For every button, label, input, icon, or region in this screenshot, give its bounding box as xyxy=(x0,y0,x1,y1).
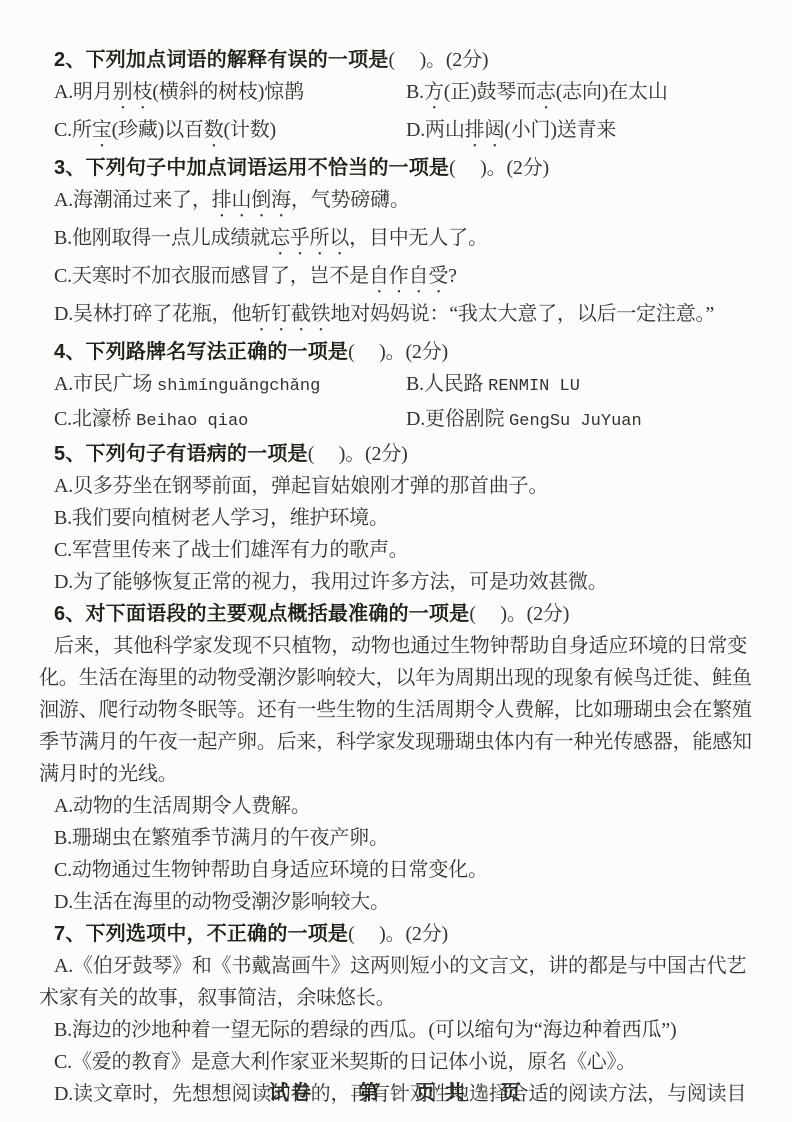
question-4: 4、下列路牌名写法正确的一项是( )。(2分) A.市民广场 shìmínguǎ… xyxy=(39,336,757,438)
text-segment: 斩钉截铁 xyxy=(251,303,330,325)
question-7-option-b: B.海边的沙地种着一望无际的碧绿的西瓜。(可以缩句为“海边种着西瓜”) xyxy=(39,1014,757,1046)
text-segment: ( )。(2分) xyxy=(469,603,569,625)
text-segment: 自作自受 xyxy=(369,265,448,287)
question-3-stem: 3、下列句子中加点词语运用不恰当的一项是( )。(2分) xyxy=(39,152,757,184)
text-segment: B.我们要向植树老人学习，维护环境。 xyxy=(54,507,389,529)
question-3: 3、下列句子中加点词语运用不恰当的一项是( )。(2分) A.海潮涌过来了，排山… xyxy=(39,152,757,336)
text-segment: A.海潮涌过来了， xyxy=(54,189,212,211)
question-5-stem: 5、下列句子有语病的一项是( )。(2分) xyxy=(39,438,757,470)
text-segment: Beihao qiao xyxy=(136,412,248,431)
exam-paper-page: 2、下列加点词语的解释有误的一项是( )。(2分) A.明月别枝(横斜的树枝)惊… xyxy=(0,0,792,1122)
text-segment: ( )。(2分) xyxy=(348,923,448,945)
text-segment: D.两山 xyxy=(406,119,465,141)
question-7-option-c: C.《爱的教育》是意大利作家亚米契斯的日记体小说，原名《心》。 xyxy=(39,1046,757,1078)
text-segment: 排闼 xyxy=(465,119,505,141)
text-segment: 第 xyxy=(359,1082,389,1104)
question-2-option-a: A.明月别枝(横斜的树枝)惊鹊 xyxy=(39,76,391,114)
question-6-option-b: B.珊瑚虫在繁殖季节满月的午夜产卵。 xyxy=(39,822,757,854)
text-segment: D.为了能够恢复正常的视力，我用过许多方法，可是功效甚微。 xyxy=(54,571,608,593)
footer-doc-label: 试卷 xyxy=(269,1082,313,1104)
question-2: 2、下列加点词语的解释有误的一项是( )。(2分) A.明月别枝(横斜的树枝)惊… xyxy=(39,44,757,152)
question-5-option-c: C.军营里传来了战士们雄浑有力的歌声。 xyxy=(39,534,757,566)
text-segment: 忘乎所以 xyxy=(270,227,349,249)
question-2-option-c: C.所宝(珍藏)以百数(计数) xyxy=(39,114,391,152)
text-segment: 数 xyxy=(204,119,224,141)
question-7-option-a: A.《伯牙鼓琴》和《书戴嵩画牛》这两则短小的文言文，讲的都是与中国古代艺术家有关… xyxy=(39,950,757,1014)
text-segment: C.动物通过生物钟帮助自身适应环境的日常变化。 xyxy=(54,859,488,881)
text-segment: 2 xyxy=(389,1082,408,1104)
question-6-option-a: A.动物的生活周期令人费解。 xyxy=(39,790,757,822)
text-segment: (正)鼓琴而 xyxy=(444,81,536,103)
text-segment: C.军营里传来了战士们雄浑有力的歌声。 xyxy=(54,539,409,561)
text-segment: 2、下列加点词语的解释有误的一项是 xyxy=(54,49,389,71)
text-segment: A.贝多芬坐在钢琴前面，弹起盲姑娘刚才弹的那首曲子。 xyxy=(54,475,548,497)
exam-content: 2、下列加点词语的解释有误的一项是( )。(2分) A.明月别枝(横斜的树枝)惊… xyxy=(39,44,757,1110)
text-segment: 方 xyxy=(424,81,444,103)
text-segment: shìmínguǎngchǎng xyxy=(157,377,320,396)
question-6-option-d: D.生活在海里的动物受潮汐影响较大。 xyxy=(39,886,757,918)
page-footer: 试卷第 2 页 共 8 页 xyxy=(0,1076,792,1105)
text-segment: 排山倒海 xyxy=(212,189,291,211)
question-2-option-d: D.两山排闼(小门)送青来 xyxy=(391,114,757,152)
question-3-option-a: A.海潮涌过来了，排山倒海，气势磅礴。 xyxy=(39,184,757,222)
footer-page-indicator: 第 2 页 共 8 页 xyxy=(359,1082,523,1104)
question-5-option-b: B.我们要向植树老人学习，维护环境。 xyxy=(39,502,757,534)
text-segment: 页 共 xyxy=(408,1082,475,1104)
text-segment: D.生活在海里的动物受潮汐影响较大。 xyxy=(54,891,390,913)
question-4-option-c: C.北濠桥 Beihao qiao xyxy=(39,403,391,438)
text-segment: 地对妈妈说：“我太大意了，以后一定注意。” xyxy=(330,303,714,325)
question-7-stem: 7、下列选项中，不正确的一项是( )。(2分) xyxy=(39,918,757,950)
text-segment: ( )。(2分) xyxy=(348,341,448,363)
text-segment: RENMIN LU xyxy=(488,377,580,396)
text-segment: A.动物的生活周期令人费解。 xyxy=(54,795,311,817)
text-segment: ( )。(2分) xyxy=(308,443,408,465)
question-5-option-a: A.贝多芬坐在钢琴前面，弹起盲姑娘刚才弹的那首曲子。 xyxy=(39,470,757,502)
text-segment: (计数) xyxy=(224,119,277,141)
text-segment: 6、对下面语段的主要观点概括最准确的一项是 xyxy=(54,603,469,625)
text-segment: 4、下列路牌名写法正确的一项是 xyxy=(54,341,348,363)
text-segment: B. xyxy=(406,81,424,103)
text-segment: ? xyxy=(448,265,457,287)
text-segment: B.珊瑚虫在繁殖季节满月的午夜产卵。 xyxy=(54,827,389,849)
text-segment: ，气势磅礴。 xyxy=(291,189,410,211)
question-3-option-d: D.吴林打碎了花瓶，他斩钉截铁地对妈妈说：“我太大意了，以后一定注意。” xyxy=(39,298,757,336)
text-segment: 3、下列句子中加点词语运用不恰当的一项是 xyxy=(54,157,449,179)
question-2-option-b: B.方(正)鼓琴而志(志向)在太山 xyxy=(391,76,757,114)
text-segment: ，目中无人了。 xyxy=(349,227,488,249)
question-4-options-row-ab: A.市民广场 shìmínguǎngchǎng B.人民路 RENMIN LU xyxy=(39,368,757,403)
question-5-option-d: D.为了能够恢复正常的视力，我用过许多方法，可是功效甚微。 xyxy=(39,566,757,598)
question-4-stem: 4、下列路牌名写法正确的一项是( )。(2分) xyxy=(39,336,757,368)
text-segment: B.海边的沙地种着一望无际的碧绿的西瓜。(可以缩句为“海边种着西瓜”) xyxy=(54,1019,676,1041)
question-6-stem: 6、对下面语段的主要观点概括最准确的一项是( )。(2分) xyxy=(39,598,757,630)
text-segment: 7、下列选项中，不正确的一项是 xyxy=(54,923,348,945)
question-3-option-b: B.他刚取得一点儿成绩就忘乎所以，目中无人了。 xyxy=(39,222,757,260)
text-segment: D.吴林打碎了花瓶，他 xyxy=(54,303,251,325)
text-segment: 宝 xyxy=(92,119,112,141)
text-segment: (横斜的树枝)惊鹊 xyxy=(152,81,304,103)
text-segment: (小门)送青来 xyxy=(504,119,616,141)
text-segment: 8 xyxy=(474,1082,493,1104)
text-segment: C.天寒时不加衣服而感冒了，岂不是 xyxy=(54,265,369,287)
question-4-option-b: B.人民路 RENMIN LU xyxy=(391,368,757,403)
text-segment: C.《爱的教育》是意大利作家亚米契斯的日记体小说，原名《心》。 xyxy=(54,1051,636,1073)
text-segment: ( )。(2分) xyxy=(389,49,489,71)
question-2-options-row-cd: C.所宝(珍藏)以百数(计数) D.两山排闼(小门)送青来 xyxy=(39,114,757,152)
text-segment: C.北濠桥 xyxy=(54,408,136,430)
question-2-stem: 2、下列加点词语的解释有误的一项是( )。(2分) xyxy=(39,44,757,76)
question-2-options-row-ab: A.明月别枝(横斜的树枝)惊鹊 B.方(正)鼓琴而志(志向)在太山 xyxy=(39,76,757,114)
text-segment: A.市民广场 xyxy=(54,373,157,395)
text-segment: 别枝 xyxy=(113,81,153,103)
question-5: 5、下列句子有语病的一项是( )。(2分) A.贝多芬坐在钢琴前面，弹起盲姑娘刚… xyxy=(39,438,757,598)
question-4-option-a: A.市民广场 shìmínguǎngchǎng xyxy=(39,368,391,403)
text-segment: C.所 xyxy=(54,119,92,141)
text-segment: A.明月 xyxy=(54,81,113,103)
text-segment: B.人民路 xyxy=(406,373,488,395)
question-6-option-c: C.动物通过生物钟帮助自身适应环境的日常变化。 xyxy=(39,854,757,886)
question-6-passage: 后来，其他科学家发现不只植物，动物也通过生物钟帮助自身适应环境的日常变化。生活在… xyxy=(39,630,757,790)
text-segment: D.更俗剧院 xyxy=(406,408,509,430)
text-segment: (志向)在太山 xyxy=(556,81,668,103)
text-segment: (珍藏)以百 xyxy=(112,119,204,141)
text-segment: ( )。(2分) xyxy=(449,157,549,179)
question-3-option-c: C.天寒时不加衣服而感冒了，岂不是自作自受? xyxy=(39,260,757,298)
text-segment: GengSu JuYuan xyxy=(509,412,642,431)
question-4-option-d: D.更俗剧院 GengSu JuYuan xyxy=(391,403,757,438)
text-segment: 志 xyxy=(536,81,556,103)
text-segment: B.他刚取得一点儿成绩就 xyxy=(54,227,270,249)
question-4-options-row-cd: C.北濠桥 Beihao qiao D.更俗剧院 GengSu JuYuan xyxy=(39,403,757,438)
text-segment: 5、下列句子有语病的一项是 xyxy=(54,443,308,465)
text-segment: A.《伯牙鼓琴》和《书戴嵩画牛》这两则短小的文言文，讲的都是与中国古代艺术家有关… xyxy=(39,955,746,1009)
text-segment: 页 xyxy=(493,1082,523,1104)
question-6: 6、对下面语段的主要观点概括最准确的一项是( )。(2分) 后来，其他科学家发现… xyxy=(39,598,757,918)
